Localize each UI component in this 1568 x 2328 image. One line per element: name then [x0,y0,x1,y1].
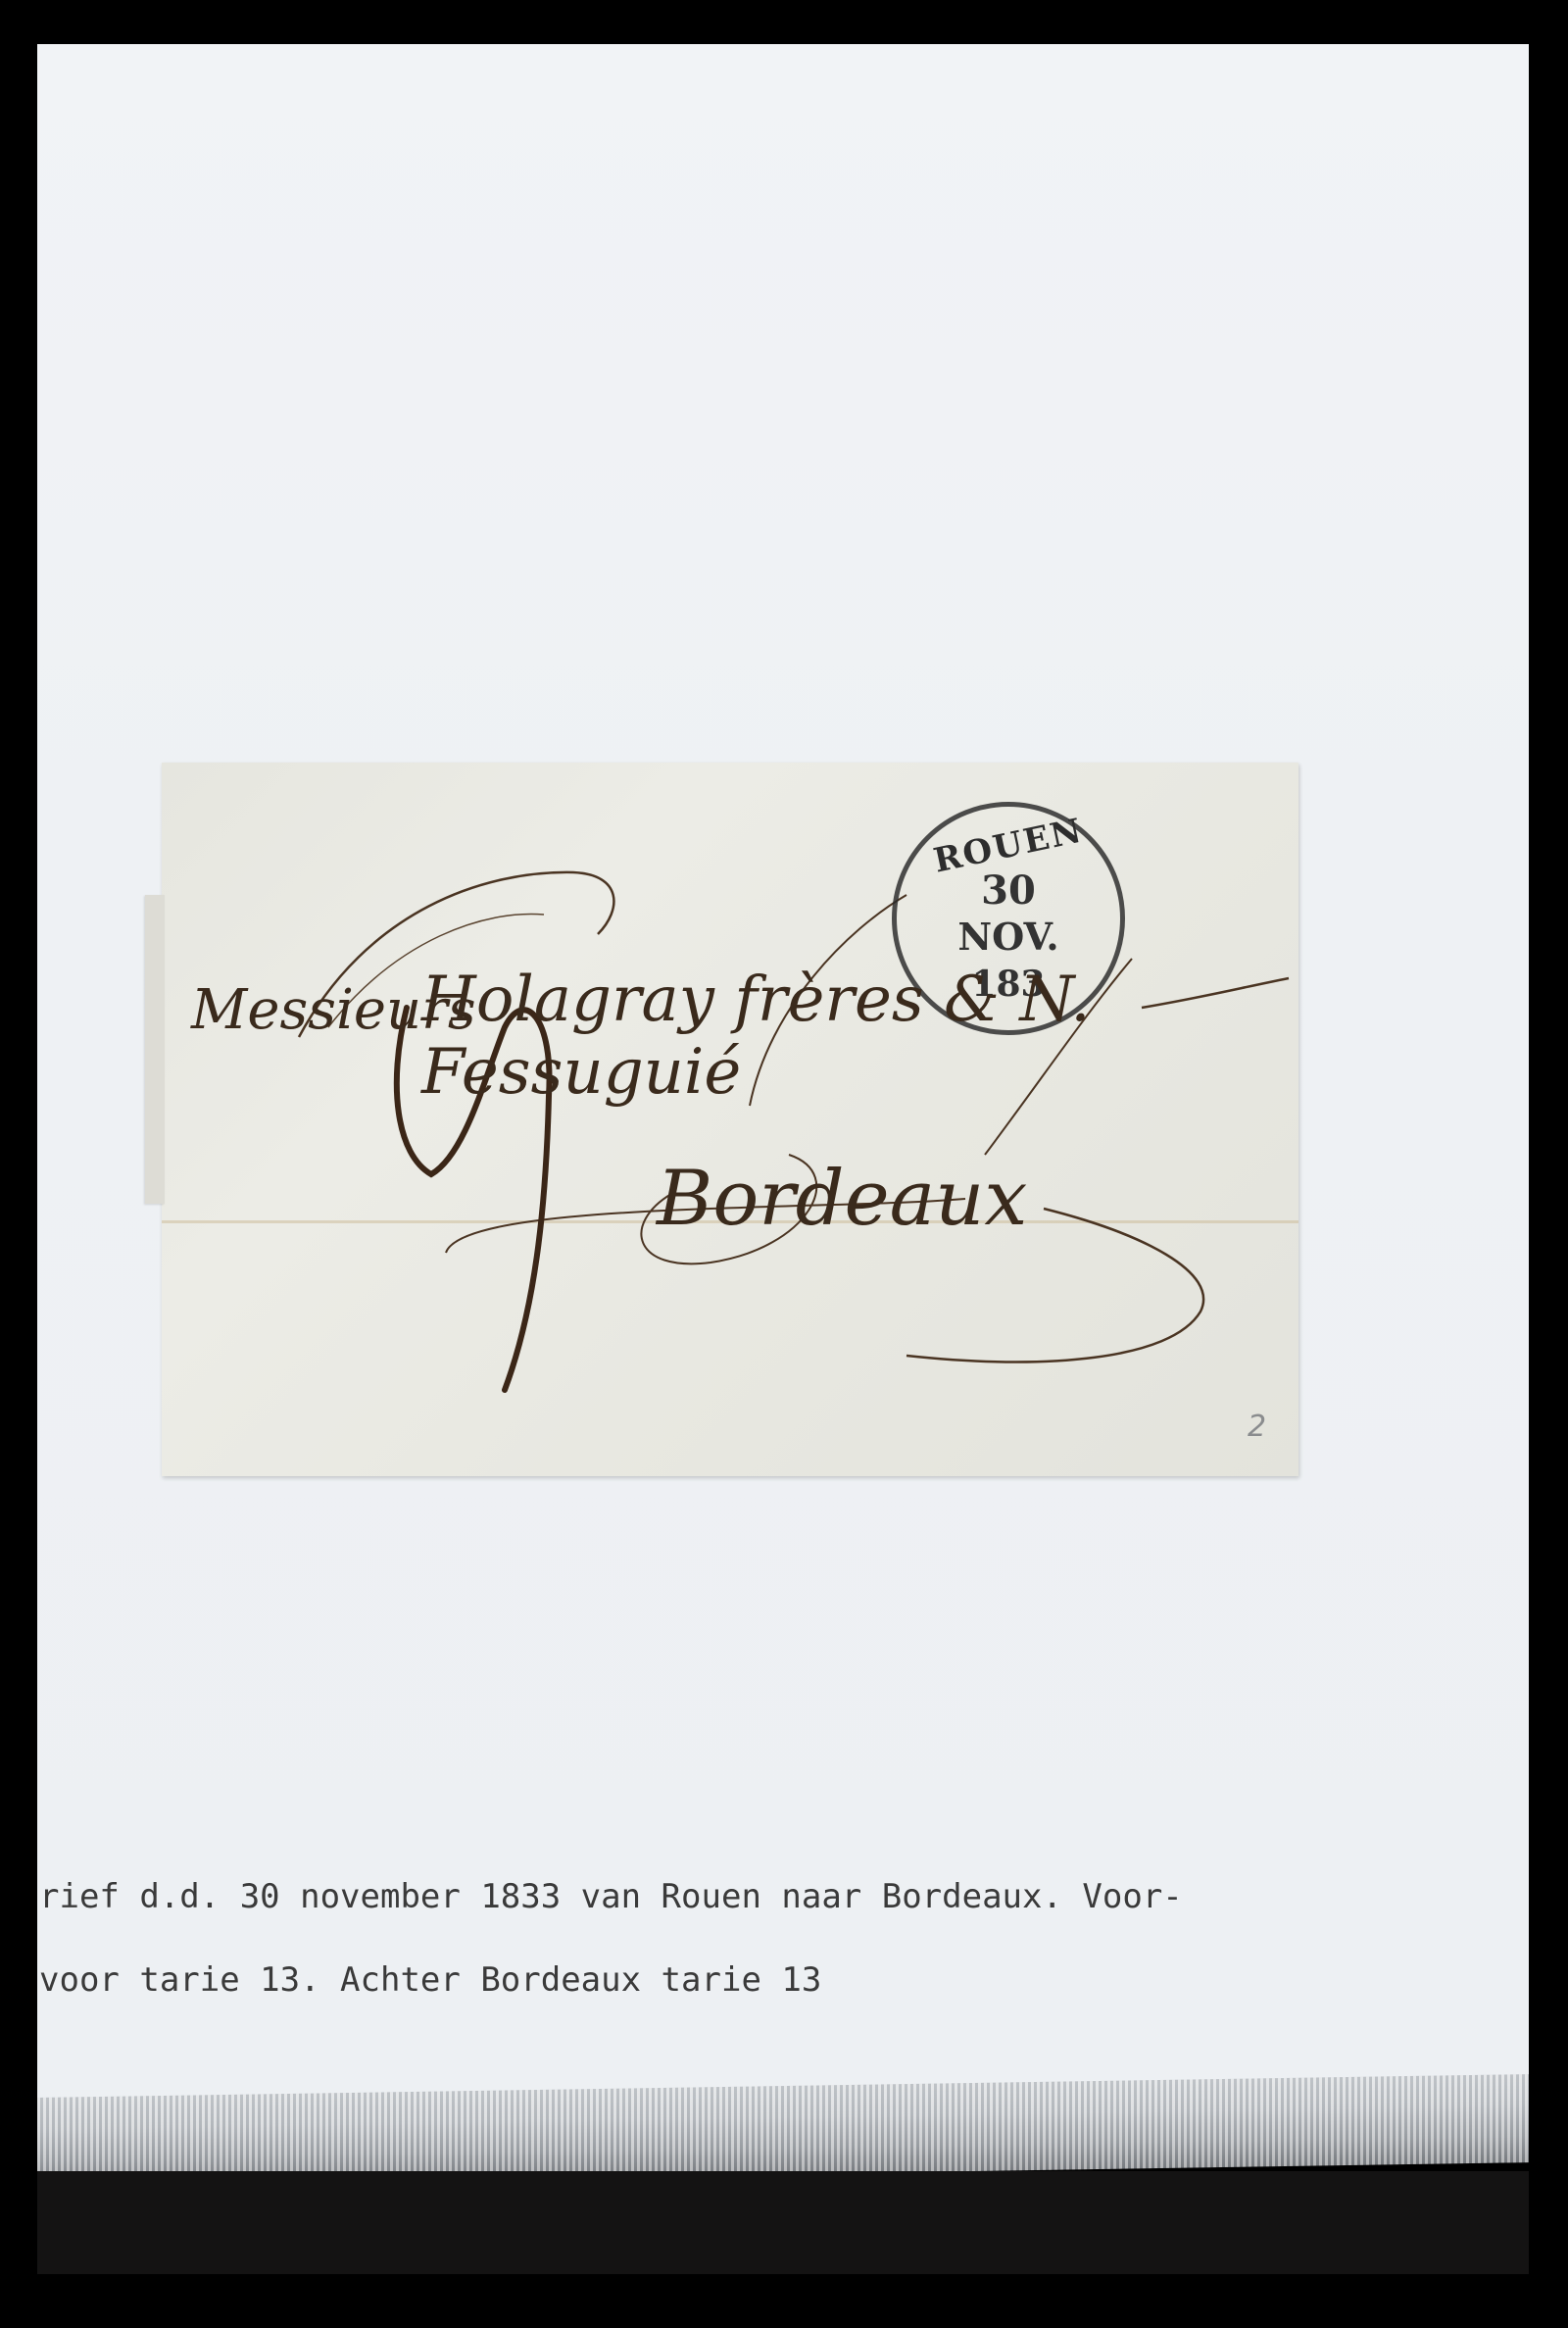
postmark-month: NOV. [897,915,1120,959]
caption-line-1: rief d.d. 30 november 1833 van Rouen naa… [39,1877,1509,1916]
dark-background [37,2171,1529,2274]
address-names: Holagray frères & N. Fessuguié [421,964,1298,1109]
address-city: Bordeaux [657,1155,1027,1243]
caption-line-2: voor tarie 13. Achter Bordeaux tarie 13 [39,1960,1509,2000]
handwriting-flourishes [162,763,1298,1476]
pencil-number: 2 [1248,1410,1266,1444]
folded-letter: ROUEN 30 NOV. 183 Messieurs Holagray frè… [162,763,1298,1476]
postmark-day: 30 [897,867,1120,914]
